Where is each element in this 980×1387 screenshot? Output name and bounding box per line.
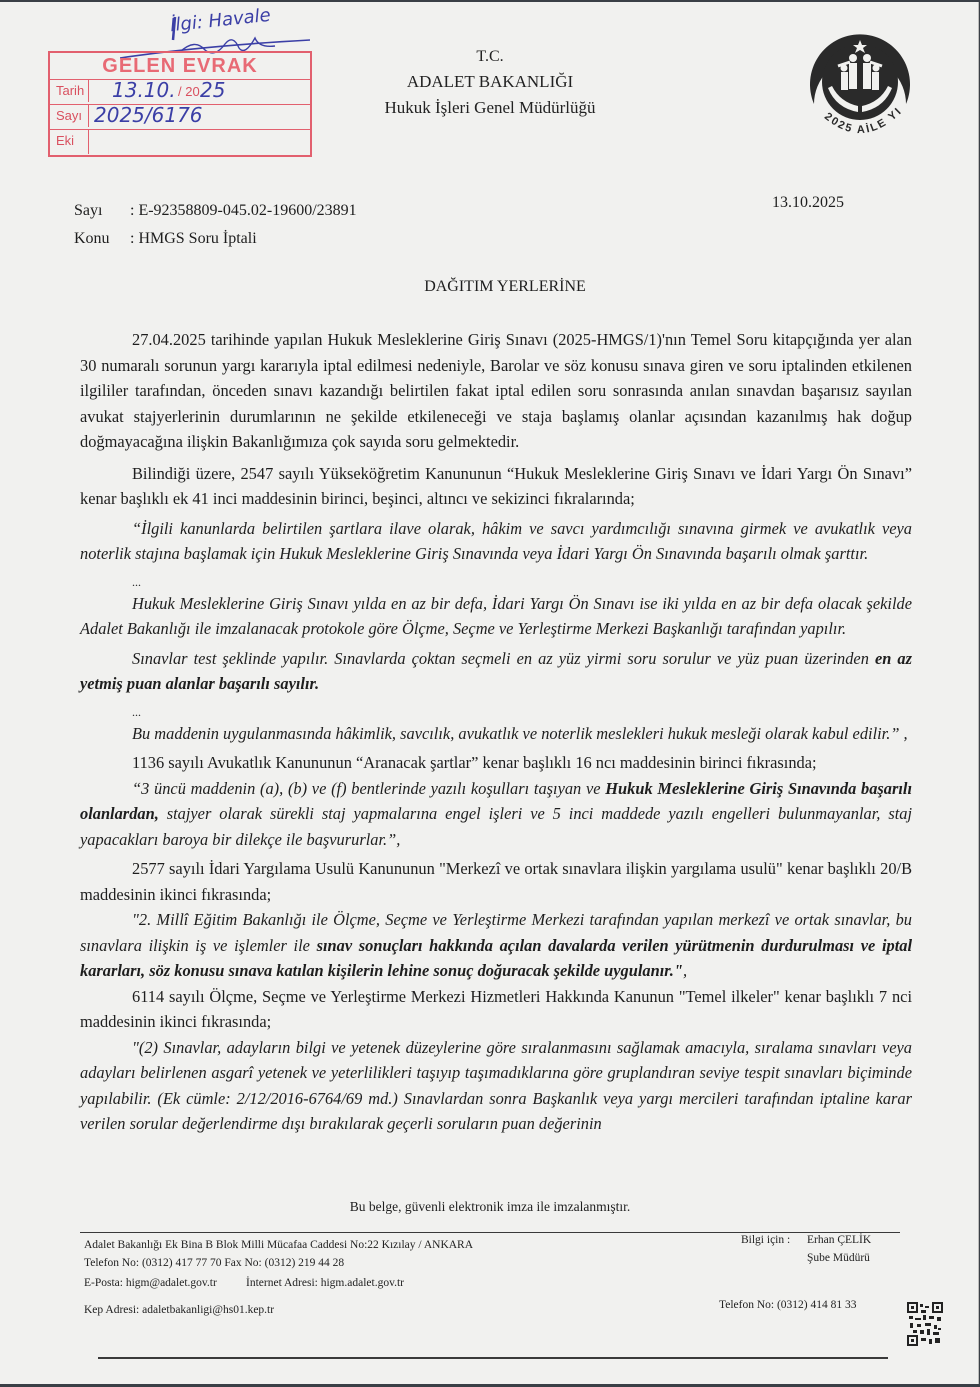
esign-note: Bu belge, güvenli elektronik imza ile im…: [0, 1199, 980, 1215]
quote-ek41-eighth: Bu maddenin uygulanmasında hâkimlik, sav…: [80, 721, 912, 747]
stamp-sayi-value: 2025/6176: [94, 103, 203, 127]
quote-article-20b: "2. Millî Eğitim Bakanlığı ile Ölçme, Se…: [80, 907, 912, 984]
ellipsis: ...: [80, 573, 912, 591]
footer-kep: Kep Adresi: adaletbakanligi@hs01.kep.tr: [84, 1304, 274, 1316]
quote-ek41-fifth: Hukuk Mesleklerine Giriş Sınavı yılda en…: [80, 591, 912, 642]
info-name: Erhan ÇELİK: [807, 1234, 871, 1246]
header-ministry: ADALET BAKANLIĞI: [330, 72, 650, 92]
header-tc: T.C.: [330, 48, 650, 66]
stamp-title: GELEN EVRAK: [50, 55, 310, 78]
document-page: İlgi: Havale GELEN EVRAK Tarih 13.10. / …: [0, 2, 979, 1384]
konu-value: : HMGS Soru İptali: [130, 230, 257, 248]
stamp-tarih-value: 13.10.: [112, 78, 176, 102]
stamp-tarih-year-prefix: / 20: [178, 84, 200, 99]
bottom-divider: [98, 1357, 888, 1359]
letter-body: 27.04.2025 tarihinde yapılan Hukuk Mesle…: [80, 327, 912, 1137]
stamp-sayi-label: Sayı: [56, 108, 82, 123]
info-phone: Telefon No: (0312) 414 81 33: [719, 1299, 857, 1311]
konu-label: Konu: [74, 230, 110, 248]
footer-email: E-Posta: higm@adalet.gov.tr: [84, 1277, 217, 1289]
stamp-tarih-year: 25: [200, 78, 225, 102]
incoming-document-stamp: GELEN EVRAK Tarih 13.10. / 20 25 Sayı 20…: [48, 51, 312, 157]
paragraph-6114-law: 6114 sayılı Ölçme, Seçme ve Yerleştirme …: [80, 984, 912, 1035]
paragraph-2547-law: Bilindiği üzere, 2547 sayılı Yükseköğret…: [80, 461, 912, 512]
addressee: DAĞITIM YERLERİNE: [0, 278, 980, 296]
quote-ek41-sixth: Sınavlar test şeklinde yapılır. Sınavlar…: [80, 646, 912, 697]
footer-address: Adalet Bakanlığı Ek Bina B Blok Milli Mü…: [84, 1239, 473, 1251]
info-label: Bilgi için :: [741, 1234, 790, 1246]
quote-article-16: “3 üncü maddenin (a), (b) ve (f) bentler…: [80, 776, 912, 853]
sayi-value: : E-92358809-045.02-19600/23891: [130, 202, 357, 220]
stamp-tarih-label: Tarih: [56, 83, 84, 98]
quote-article-7: "(2) Sınavlar, adayların bilgi ve yetene…: [80, 1035, 912, 1137]
info-title: Şube Müdürü: [807, 1252, 870, 1264]
footer-website: İnternet Adresi: higm.adalet.gov.tr: [246, 1277, 404, 1289]
family-year-logo-icon: 2025 AİLE YILI: [800, 26, 920, 148]
footer-divider: [80, 1232, 900, 1233]
sayi-label: Sayı: [74, 202, 102, 220]
stamp-row-eki: Eki: [50, 129, 310, 154]
footer-phone-fax: Telefon No: (0312) 417 77 70 Fax No: (03…: [84, 1257, 344, 1269]
stamp-row-tarih: Tarih 13.10. / 20 25: [50, 79, 310, 102]
ellipsis: ...: [80, 703, 912, 721]
paragraph-intro: 27.04.2025 tarihinde yapılan Hukuk Mesle…: [80, 327, 912, 455]
qr-code-icon: [907, 1302, 943, 1346]
document-date: 13.10.2025: [772, 194, 844, 212]
paragraph-1136-law: 1136 sayılı Avukatlık Kanununun “Aranaca…: [80, 750, 912, 776]
stamp-row-sayi: Sayı 2025/6176: [50, 104, 310, 127]
paragraph-2577-law: 2577 sayılı İdari Yargılama Usulü Kanunu…: [80, 856, 912, 907]
header-department: Hukuk İşleri Genel Müdürlüğü: [330, 98, 650, 118]
stamp-eki-label: Eki: [56, 133, 74, 148]
quote-ek41-first: “İlgili kanunlarda belirtilen şartlara i…: [80, 516, 912, 567]
